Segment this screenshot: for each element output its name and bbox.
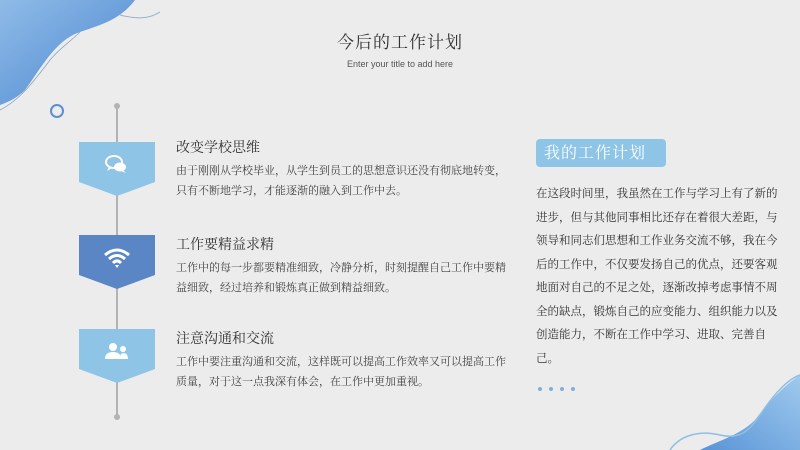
page-subtitle: Enter your title to add here <box>0 59 800 69</box>
users-icon <box>101 339 133 365</box>
timeline-item-title: 注意沟通和交流 <box>176 328 506 348</box>
timeline-item-title: 改变学校思维 <box>176 137 506 157</box>
timeline-item-description: 由于刚刚从学校毕业，从学生到员工的思想意识还没有彻底地转变，只有不断地学习，才能… <box>176 161 506 201</box>
timeline-item-2: 工作要精益求精 工作中的每一步都要精准细致，冷静分析，时刻提醒自己工作中要精益细… <box>176 234 506 298</box>
chat-bubbles-icon <box>101 152 133 178</box>
ring-decoration <box>50 104 64 118</box>
timeline-badge-2 <box>79 235 155 289</box>
timeline-item-3: 注意沟通和交流 工作中要注重沟通和交流，这样既可以提高工作效率又可以提高工作质量… <box>176 328 506 392</box>
dot <box>571 387 575 391</box>
dots-decoration <box>538 376 582 395</box>
dot <box>560 387 564 391</box>
timeline-item-title: 工作要精益求精 <box>176 234 506 254</box>
plan-title-badge: 我的工作计划 <box>536 139 666 167</box>
timeline-badge-3 <box>79 329 155 383</box>
timeline-dot-bottom <box>114 414 120 420</box>
timeline-dot-top <box>114 103 120 109</box>
timeline-item-1: 改变学校思维 由于刚刚从学校毕业，从学生到员工的思想意识还没有彻底地转变，只有不… <box>176 137 506 201</box>
dot <box>538 387 542 391</box>
wifi-icon <box>101 245 133 271</box>
page-title: 今后的工作计划 <box>0 28 800 53</box>
plan-text: 在这段时间里，我虽然在工作与学习上有了新的进步，但与其他同事相比还存在着很大差距… <box>536 182 786 370</box>
timeline-item-description: 工作中要注重沟通和交流，这样既可以提高工作效率又可以提高工作质量，对于这一点我深… <box>176 352 506 392</box>
bottom-right-wave-decoration <box>660 360 800 450</box>
timeline-item-description: 工作中的每一步都要精准细致，冷静分析，时刻提醒自己工作中要精益细致，经过培养和锻… <box>176 258 506 298</box>
timeline-badge-1 <box>79 142 155 196</box>
dot <box>549 387 553 391</box>
